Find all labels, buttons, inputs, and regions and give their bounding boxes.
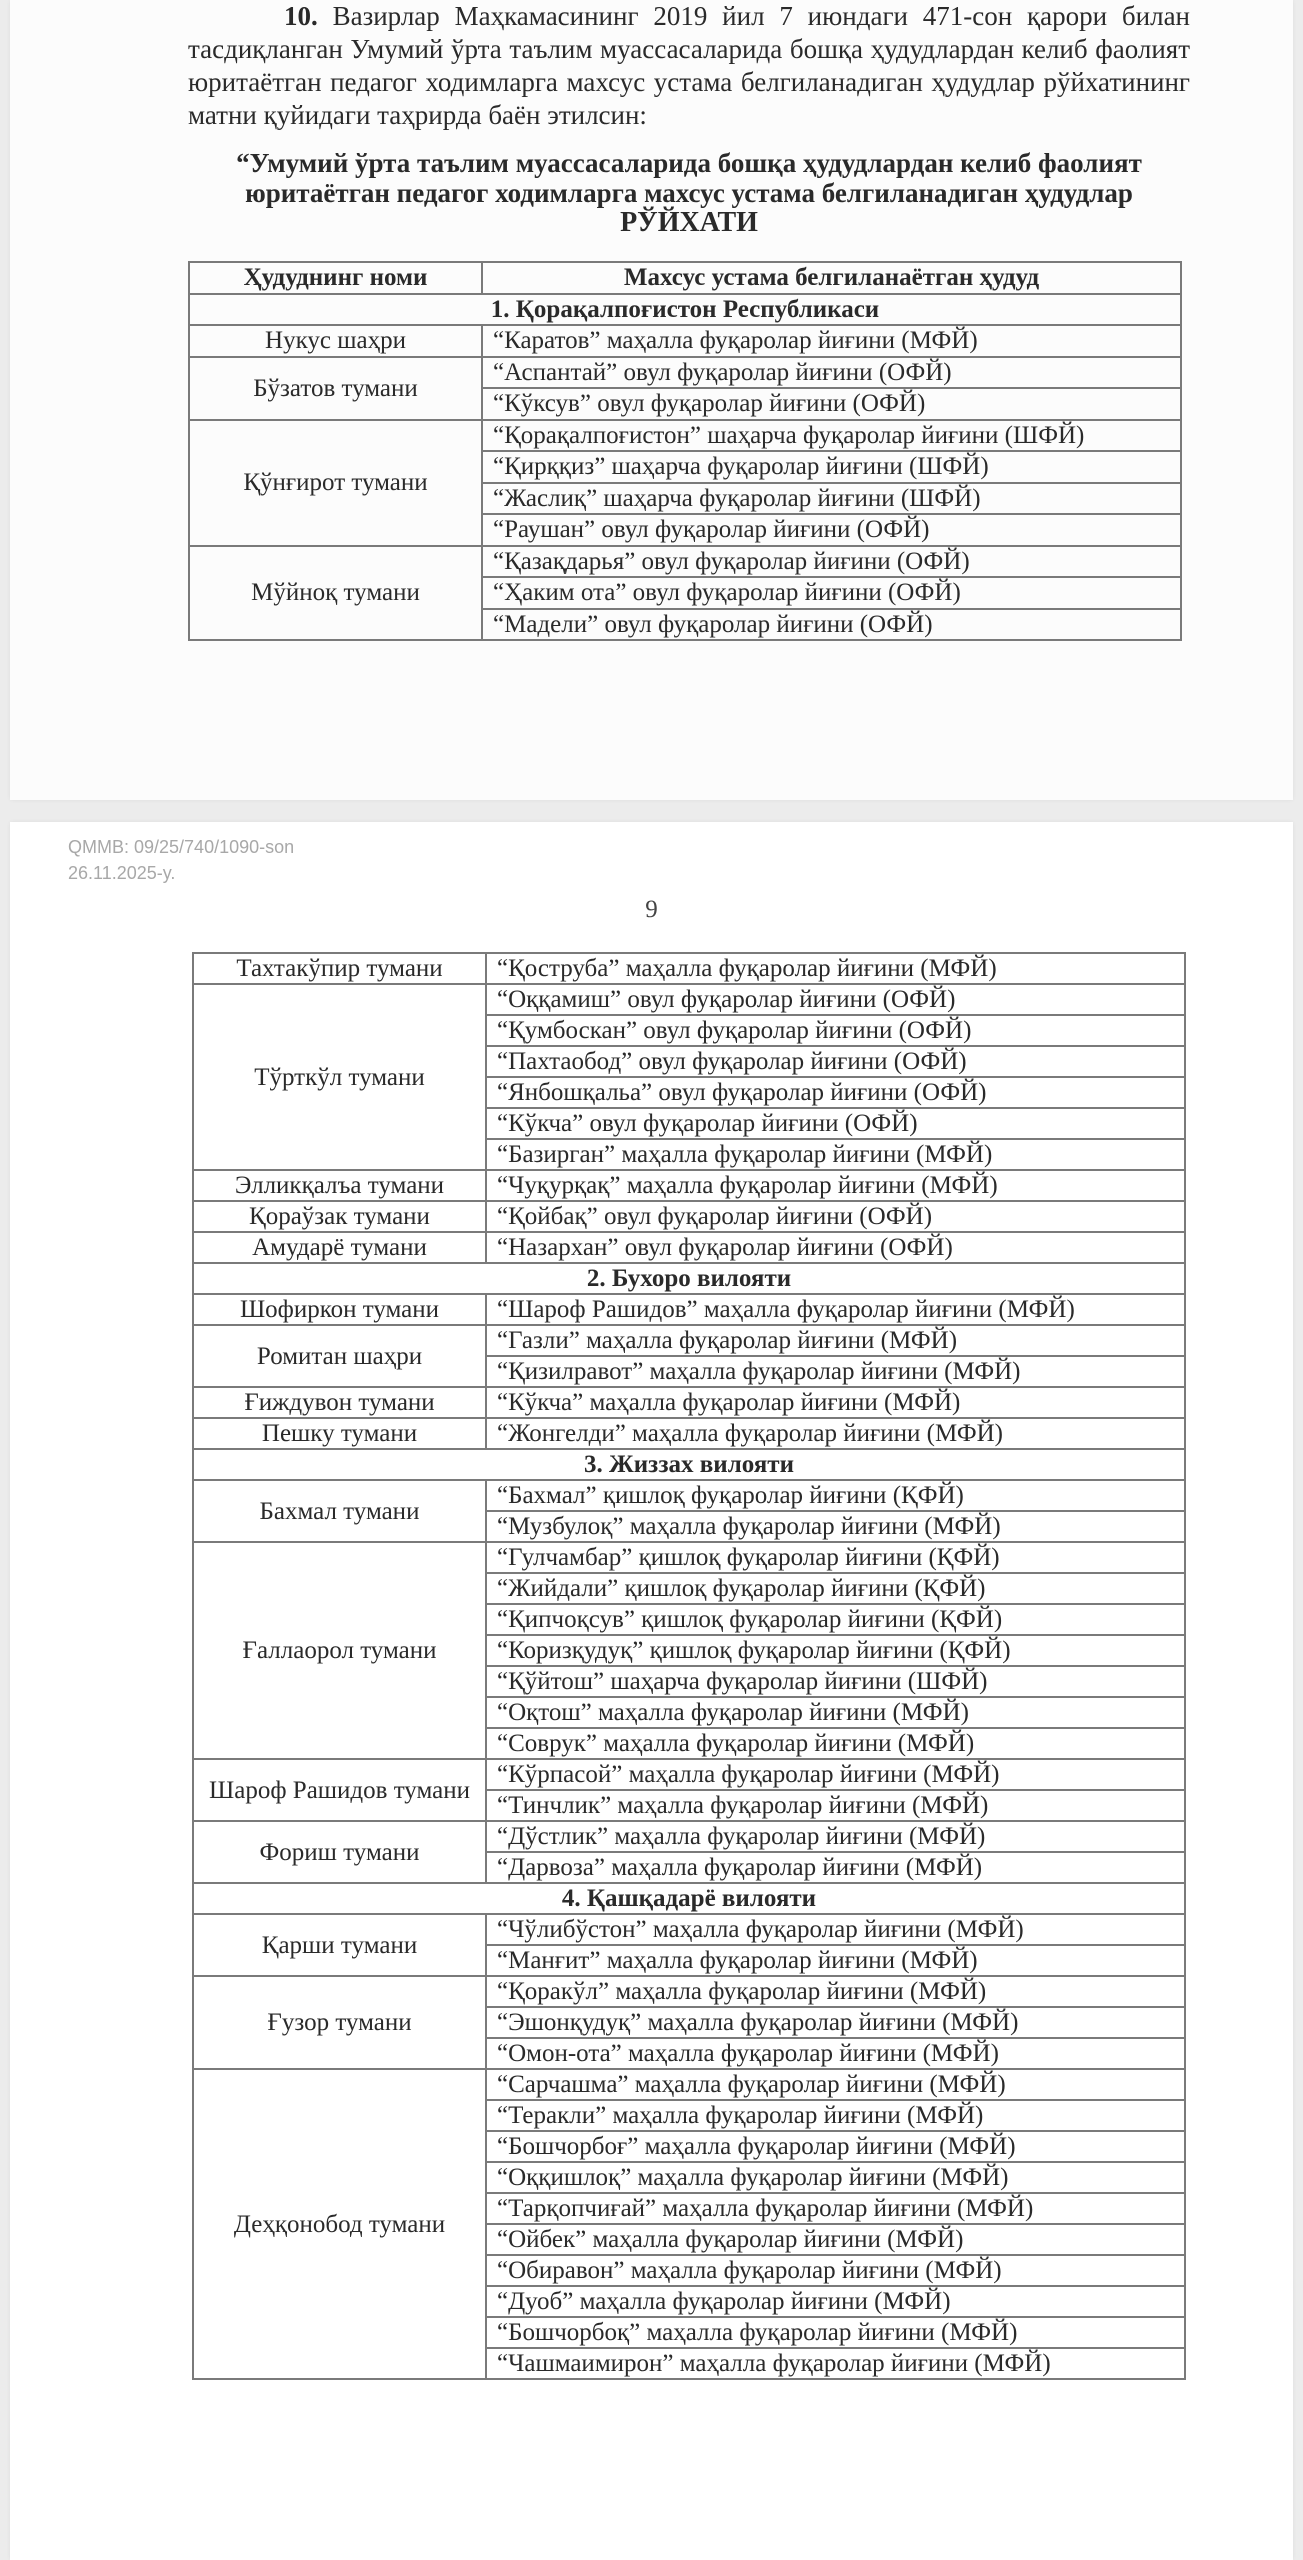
territory-name: “Шароф Рашидов” маҳалла фуқаролар йиғини… <box>486 1294 1185 1325</box>
territory-name: “Қойбақ” овул фуқаролар йиғини (ОФЙ) <box>486 1201 1185 1232</box>
territory-name: “Гулчамбар” қишлоқ фуқаролар йиғини (ҚФЙ… <box>486 1542 1185 1573</box>
table-row: Бахмал тумани“Бахмал” қишлоқ фуқаролар й… <box>193 1480 1185 1511</box>
column-header-territory: Махсус устама белгиланаётган ҳудуд <box>482 262 1181 294</box>
territory-name: “Чуқурқақ” маҳалла фуқаролар йиғини (МФЙ… <box>486 1170 1185 1201</box>
district-name: Ромитан шаҳри <box>193 1325 486 1387</box>
table-row: Қарши тумани“Чўлибўстон” маҳалла фуқарол… <box>193 1914 1185 1945</box>
territory-name: “Коризқудуқ” қишлоқ фуқаролар йиғини (ҚФ… <box>486 1635 1185 1666</box>
district-name: Ғузор тумани <box>193 1976 486 2069</box>
section-row: 2. Бухоро вилояти <box>193 1263 1185 1294</box>
district-name: Қўнғирот тумани <box>189 420 482 546</box>
table-row: Ғузор тумани“Қоракўл” маҳалла фуқаролар … <box>193 1976 1185 2007</box>
district-name: Ғиждувон тумани <box>193 1387 486 1418</box>
table-row: Шароф Рашидов тумани“Кўрпасой” маҳалла ф… <box>193 1759 1185 1790</box>
territory-name: “Жонгелди” маҳалла фуқаролар йиғини (МФЙ… <box>486 1418 1185 1449</box>
table-row: Тахтакўпир тумани“Қоструба” маҳалла фуқа… <box>193 953 1185 984</box>
territory-name: “Газли” маҳалла фуқаролар йиғини (МФЙ) <box>486 1325 1185 1356</box>
district-name: Мўйноқ тумани <box>189 546 482 641</box>
territory-name: “Бошчорбоғ” маҳалла фуқаролар йиғини (МФ… <box>486 2131 1185 2162</box>
region-section-title: 4. Қашқадарё вилояти <box>193 1883 1185 1914</box>
territory-name: “Музбулоқ” маҳалла фуқаролар йиғини (МФЙ… <box>486 1511 1185 1542</box>
territory-name: “Раушан” овул фуқаролар йиғини (ОФЙ) <box>482 514 1181 546</box>
district-name: Шароф Рашидов тумани <box>193 1759 486 1821</box>
table-row: Шофиркон тумани“Шароф Рашидов” маҳалла ф… <box>193 1294 1185 1325</box>
territory-name: “Тинчлик” маҳалла фуқаролар йиғини (МФЙ) <box>486 1790 1185 1821</box>
territory-name: “Сарчашма” маҳалла фуқаролар йиғини (МФЙ… <box>486 2069 1185 2100</box>
table-row: Деҳқонобод тумани“Сарчашма” маҳалла фуқа… <box>193 2069 1185 2100</box>
territory-name: “Қизилравот” маҳалла фуқаролар йиғини (М… <box>486 1356 1185 1387</box>
district-name: Шофиркон тумани <box>193 1294 486 1325</box>
territory-name: “Кўкча” маҳалла фуқаролар йиғини (МФЙ) <box>486 1387 1185 1418</box>
territory-name: “Чўлибўстон” маҳалла фуқаролар йиғини (М… <box>486 1914 1185 1945</box>
territory-name: “Қорақалпоғистон” шаҳарча фуқаролар йиғи… <box>482 420 1181 452</box>
table-row: Ромитан шаҳри“Газли” маҳалла фуқаролар й… <box>193 1325 1185 1356</box>
territory-name: “Теракли” маҳалла фуқаролар йиғини (МФЙ) <box>486 2100 1185 2131</box>
section-row: 1. Қорақалпоғистон Республикаси <box>189 294 1181 326</box>
region-section-title: 1. Қорақалпоғистон Республикаси <box>189 294 1181 326</box>
region-section-title: 3. Жиззах вилояти <box>193 1449 1185 1480</box>
district-name: Элликқалъа тумани <box>193 1170 486 1201</box>
paragraph-text: Вазирлар Маҳкамасининг 2019 йил 7 июндаг… <box>188 1 1190 130</box>
district-name: Фориш тумани <box>193 1821 486 1883</box>
section-row: 4. Қашқадарё вилояти <box>193 1883 1185 1914</box>
territory-name: “Манғит” маҳалла фуқаролар йиғини (МФЙ) <box>486 1945 1185 1976</box>
list-title: “Умумий ўрта таълим муассасаларида бошқа… <box>188 148 1190 238</box>
territory-name: “Қумбоскан” овул фуқаролар йиғини (ОФЙ) <box>486 1015 1185 1046</box>
district-name: Қарши тумани <box>193 1914 486 1976</box>
table-row: Пешку тумани“Жонгелди” маҳалла фуқаролар… <box>193 1418 1185 1449</box>
document-page-2: QMMB: 09/25/740/1090-son 26.11.2025-y. 9… <box>10 822 1293 2560</box>
region-section-title: 2. Бухоро вилояти <box>193 1263 1185 1294</box>
territory-name: “Ойбек” маҳалла фуқаролар йиғини (МФЙ) <box>486 2224 1185 2255</box>
district-name: Ғаллаорол тумани <box>193 1542 486 1759</box>
territory-name: “Соврук” маҳалла фуқаролар йиғини (МФЙ) <box>486 1728 1185 1759</box>
territory-name: “Оқтош” маҳалла фуқаролар йиғини (МФЙ) <box>486 1697 1185 1728</box>
paragraph-number: 10. <box>284 1 318 31</box>
registration-number: QMMB: 09/25/740/1090-son <box>68 834 294 860</box>
district-name: Амударё тумани <box>193 1232 486 1263</box>
list-title-text: “Умумий ўрта таълим муассасаларида бошқа… <box>188 148 1190 208</box>
territory-name: “Ҳаким ота” овул фуқаролар йиғини (ОФЙ) <box>482 577 1181 609</box>
table-row: Мўйноқ тумани“Қазақдарья” овул фуқаролар… <box>189 546 1181 578</box>
territory-name: “Жийдали” қишлоқ фуқаролар йиғини (ҚФЙ) <box>486 1573 1185 1604</box>
document-page-1: 10. Вазирлар Маҳкамасининг 2019 йил 7 ию… <box>10 0 1293 800</box>
territory-name: “Чашмаимирон” маҳалла фуқаролар йиғини (… <box>486 2348 1185 2379</box>
section-row: 3. Жиззах вилояти <box>193 1449 1185 1480</box>
table-header-row: Ҳудуднинг номи Махсус устама белгиланаёт… <box>189 262 1181 294</box>
territory-name: “Қазақдарья” овул фуқаролар йиғини (ОФЙ) <box>482 546 1181 578</box>
table-row: Қораўзак тумани“Қойбақ” овул фуқаролар й… <box>193 1201 1185 1232</box>
territory-name: “Қипчоқсув” қишлоқ фуқаролар йиғини (ҚФЙ… <box>486 1604 1185 1635</box>
territories-table-part-2: Тахтакўпир тумани“Қоструба” маҳалла фуқа… <box>192 952 1186 2380</box>
territory-name: “Оққишлоқ” маҳалла фуқаролар йиғини (МФЙ… <box>486 2162 1185 2193</box>
territory-name: “Бахмал” қишлоқ фуқаролар йиғини (ҚФЙ) <box>486 1480 1185 1511</box>
table-row: Тўрткўл тумани“Оққамиш” овул фуқаролар й… <box>193 984 1185 1015</box>
district-name: Пешку тумани <box>193 1418 486 1449</box>
table-row: Элликқалъа тумани“Чуқурқақ” маҳалла фуқа… <box>193 1170 1185 1201</box>
territory-name: “Қоструба” маҳалла фуқаролар йиғини (МФЙ… <box>486 953 1185 984</box>
table-row: Ғиждувон тумани“Кўкча” маҳалла фуқаролар… <box>193 1387 1185 1418</box>
territory-name: “Аспантай” овул фуқаролар йиғини (ОФЙ) <box>482 357 1181 389</box>
list-title-heading: РЎЙХАТИ <box>188 208 1190 238</box>
table-row: Бўзатов тумани“Аспантай” овул фуқаролар … <box>189 357 1181 389</box>
territory-name: “Пахтаобод” овул фуқаролар йиғини (ОФЙ) <box>486 1046 1185 1077</box>
territory-name: “Кўрпасой” маҳалла фуқаролар йиғини (МФЙ… <box>486 1759 1185 1790</box>
table-row: Фориш тумани“Дўстлик” маҳалла фуқаролар … <box>193 1821 1185 1852</box>
territory-name: “Омон-ота” маҳалла фуқаролар йиғини (МФЙ… <box>486 2038 1185 2069</box>
page-number: 9 <box>10 896 1293 924</box>
table-row: Нукус шаҳри“Каратов” маҳалла фуқаролар й… <box>189 325 1181 357</box>
territory-name: “Оққамиш” овул фуқаролар йиғини (ОФЙ) <box>486 984 1185 1015</box>
territory-name: “Базирган” маҳалла фуқаролар йиғини (МФЙ… <box>486 1139 1185 1170</box>
district-name: Бўзатов тумани <box>189 357 482 420</box>
territory-name: “Тарқопчиғай” маҳалла фуқаролар йиғини (… <box>486 2193 1185 2224</box>
territory-name: “Дарвоза” маҳалла фуқаролар йиғини (МФЙ) <box>486 1852 1185 1883</box>
territory-name: “Кўксув” овул фуқаролар йиғини (ОФЙ) <box>482 388 1181 420</box>
table-row: Ғаллаорол тумани“Гулчамбар” қишлоқ фуқар… <box>193 1542 1185 1573</box>
district-name: Бахмал тумани <box>193 1480 486 1542</box>
registration-date: 26.11.2025-y. <box>68 860 294 886</box>
territory-name: “Дўстлик” маҳалла фуқаролар йиғини (МФЙ) <box>486 1821 1185 1852</box>
territory-name: “Жаслиқ” шаҳарча фуқаролар йиғини (ШФЙ) <box>482 483 1181 515</box>
table-row: Амударё тумани“Назархан” овул фуқаролар … <box>193 1232 1185 1263</box>
district-name: Қораўзак тумани <box>193 1201 486 1232</box>
territory-name: “Мадели” овул фуқаролар йиғини (ОФЙ) <box>482 609 1181 641</box>
district-name: Тахтакўпир тумани <box>193 953 486 984</box>
territory-name: “Қўйтош” шаҳарча фуқаролар йиғини (ШФЙ) <box>486 1666 1185 1697</box>
territory-name: “Янбошқальа” овул фуқаролар йиғини (ОФЙ) <box>486 1077 1185 1108</box>
column-header-area: Ҳудуднинг номи <box>189 262 482 294</box>
district-name: Тўрткўл тумани <box>193 984 486 1170</box>
territory-name: “Қирққиз” шаҳарча фуқаролар йиғини (ШФЙ) <box>482 451 1181 483</box>
district-name: Нукус шаҳри <box>189 325 482 357</box>
district-name: Деҳқонобод тумани <box>193 2069 486 2379</box>
resolution-paragraph: 10. Вазирлар Маҳкамасининг 2019 йил 7 ию… <box>188 0 1190 132</box>
territory-name: “Назархан” овул фуқаролар йиғини (ОФЙ) <box>486 1232 1185 1263</box>
territory-name: “Каратов” маҳалла фуқаролар йиғини (МФЙ) <box>482 325 1181 357</box>
territory-name: “Қоракўл” маҳалла фуқаролар йиғини (МФЙ) <box>486 1976 1185 2007</box>
territory-name: “Бошчорбоқ” маҳалла фуқаролар йиғини (МФ… <box>486 2317 1185 2348</box>
territory-name: “Эшонқудуқ” маҳалла фуқаролар йиғини (МФ… <box>486 2007 1185 2038</box>
territories-table-part-1: Ҳудуднинг номи Махсус устама белгиланаёт… <box>188 261 1182 641</box>
territory-name: “Кўкча” овул фуқаролар йиғини (ОФЙ) <box>486 1108 1185 1139</box>
territory-name: “Дуоб” маҳалла фуқаролар йиғини (МФЙ) <box>486 2286 1185 2317</box>
table-row: Қўнғирот тумани“Қорақалпоғистон” шаҳарча… <box>189 420 1181 452</box>
registration-stamp: QMMB: 09/25/740/1090-son 26.11.2025-y. <box>68 834 294 886</box>
territory-name: “Обиравон” маҳалла фуқаролар йиғини (МФЙ… <box>486 2255 1185 2286</box>
